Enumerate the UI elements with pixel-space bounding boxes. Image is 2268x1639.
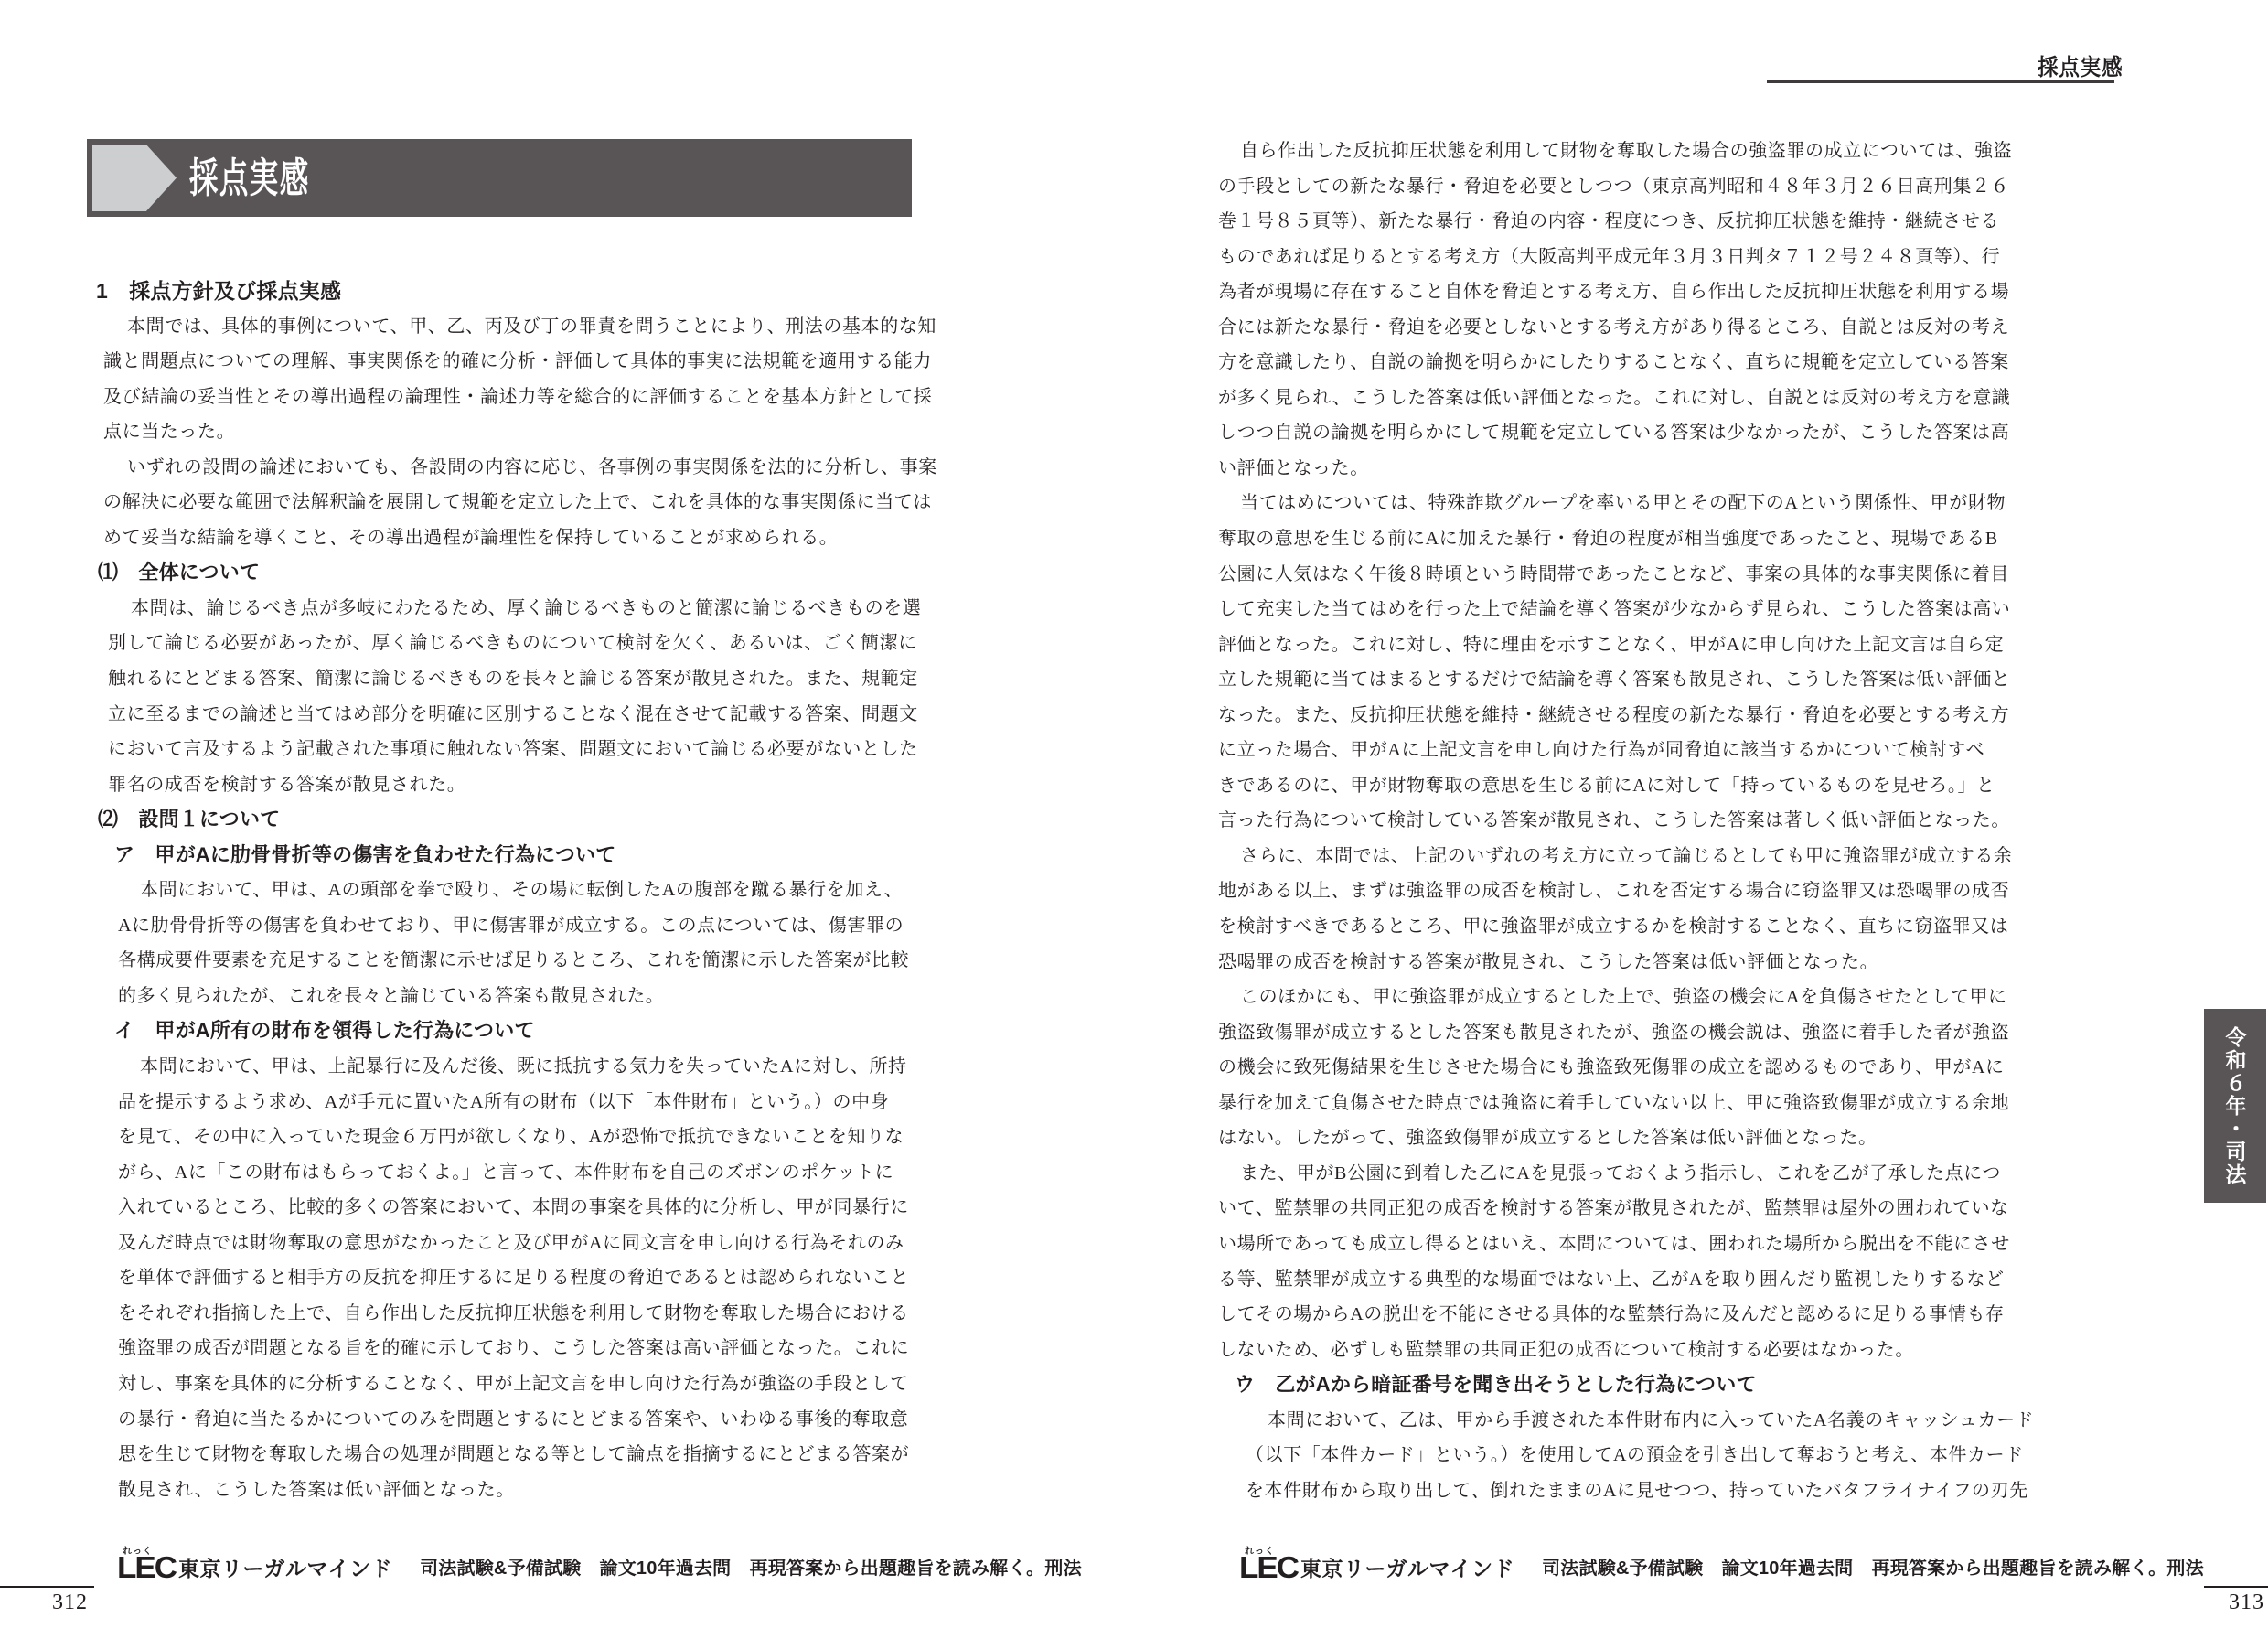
lec-logo: れっく LEC [1239,1546,1298,1582]
heading-line: 1 採点方針及び採点実感 [96,273,954,309]
book-title: 司法試験&予備試験 論文10年過去問 再現答案から出題趣旨を読み解く。刑法 [1542,1556,2204,1582]
text-line: 本問では、具体的事例について、甲、乙、丙及び丁の罪責を問うことにより、刑法の基本… [103,309,954,345]
text-line: の手段としての新たな暴行・脅迫を必要としつつ（東京高判昭和４８年３月２６日高刑集… [1218,169,2078,205]
text-line: 及び結論の妥当性とその導出過程の論理性・論述力等を総合的に評価することを基本方針… [103,380,954,415]
text-line: 触れるにとどまる答案、簡潔に論じるべきものを長々と論じる答案が散見された。また、… [108,661,954,697]
text-line: ものであれば足りるとする考え方（大阪高判平成元年３月３日判タ７１２号２４８頁等）… [1218,240,2078,275]
text-line: 奪取の意思を生じる前にAに加えた暴行・脅迫の程度が相当強度であったこと、現場であ… [1218,521,2078,557]
text-line: をそれぞれ指摘した上で、自ら作出した反抗抑圧状態を利用して財物を奪取した場合にお… [118,1296,954,1332]
page-number-right: 313 [2229,1591,2264,1615]
text-line: 立した規範に当てはまるとするだけで結論を導く答案も散見され、こうした答案は低い評… [1218,662,2078,698]
text-line: の解決に必要な範囲で法解釈論を展開して規範を定立した上で、これを具体的な事実関係… [103,485,954,520]
text-line: 本問において、甲は、Aの頭部を拳で殴り、その場に転倒したAの腹部を蹴る暴行を加え… [118,873,954,908]
text-line: の機会に致死傷結果を生じさせた場合にも強盗致死傷罪の成立を認めるものであり、甲が… [1218,1050,2078,1086]
text-line: してその場からAの脱出を不能にさせる具体的な監禁行為に及んだと認めるに足りる事情… [1218,1297,2078,1333]
text-line: い場所であっても成立し得るとはいえ、本問については、囲われた場所から脱出を不能に… [1218,1227,2078,1262]
text-line: さらに、本問では、上記のいずれの考え方に立って論じるとしても甲に強盗罪が成立する… [1218,839,2078,874]
text-line: を見て、その中に入っていた現金６万円が欲しくなり、Aが恐怖で抵抗できないことを知… [118,1119,954,1155]
text-line: の暴行・脅迫に当たるかについてのみを問題とするにとどまる答案や、いわゆる事後的奪… [118,1402,954,1438]
text-line: また、甲がB公園に到着した乙にAを見張っておくよう指示し、これを乙が了承した点に… [1218,1156,2078,1192]
text-line: いて、監禁罪の共同正犯の成否を検討する答案が散見されたが、監禁罪は屋外の囲われて… [1218,1191,2078,1227]
running-head-title: 採点実感 [2038,49,2124,82]
text-line: 思を生じて財物を奪取した場合の処理が問題となる等として論点を指摘するにとどまる答… [118,1437,954,1473]
running-head-rule [1767,80,2114,83]
text-line: 本問において、乙は、甲から手渡された本件財布内に入っていたA名義のキャッシュカー… [1246,1403,2078,1439]
text-line: において言及するよう記載された事項に触れない答案、問題文において論じる必要がない… [108,732,954,767]
text-line: 本問において、甲は、上記暴行に及んだ後、既に抵抗する気力を失っていたAに対し、所… [118,1049,954,1085]
text-line: い評価となった。 [1218,451,2078,487]
text-line: を単体で評価すると相手方の反抗を抑圧するに足りる程度の脅迫であるとは認められない… [118,1260,954,1296]
text-line: 合には新たな暴行・脅迫を必要としないとする考え方があり得るところ、自説とは反対の… [1218,310,2078,346]
heading-line: ⑴ 全体について [98,555,954,591]
page-number-rule [0,1586,94,1588]
text-line: 自ら作出した反抗抑圧状態を利用して財物を奪取した場合の強盗罪の成立については、強… [1218,134,2078,169]
text-line: 立に至るまでの論述と当てはめ部分を明確に区別することなく混在させて記載する答案、… [108,697,954,733]
section-banner: 採点実感 [87,139,912,217]
text-line: しないため、必ずしも監禁罪の共同正犯の成否について検討する必要はなかった。 [1218,1333,2078,1368]
text-line: 本問は、論じるべき点が多岐にわたるため、厚く論じるべきものと簡潔に論じるべきもの… [108,591,954,627]
text-line: きであるのに、甲が財物奪取の意思を生じる前にAに対して「持っているものを見せろ。… [1218,768,2078,804]
text-line: このほかにも、甲に強盗罪が成立するとした上で、強盗の機会にAを負傷させたとして甲… [1218,980,2078,1015]
text-line: 品を提示するよう求め、Aが手元に置いたA所有の財布（以下「本件財布」という。）の… [118,1085,954,1120]
text-line: めて妥当な結論を導くこと、その導出過程が論理性を保持していることが求められる。 [103,520,954,556]
lec-wordmark: LEC [1239,1555,1298,1580]
text-line: 地がある以上、まずは強盗罪の成否を検討し、これを否定する場合に窃盗罪又は恐喝罪の… [1218,873,2078,909]
heading-line: ア 甲がAに肋骨骨折等の傷害を負わせた行為について [114,838,954,873]
text-line: 評価となった。これに対し、特に理由を示すことなく、甲がAに申し向けた上記文言は自… [1218,627,2078,663]
text-line: 暴行を加えて負傷させた時点では強盗に着手していない以上、甲に強盗致傷罪が成立する… [1218,1086,2078,1121]
text-line: がら、Aに「この財布はもらっておくよ。」と言って、本件財布を自己のズボンのポケッ… [118,1155,954,1191]
text-line: 点に当たった。 [103,414,954,450]
text-line: して充実した当てはめを行った上で結論を導く答案が少なからず見られ、こうした答案は… [1218,592,2078,627]
text-line: いずれの設問の論述においても、各設問の内容に応じ、各事例の事実関係を法的に分析し… [103,450,954,486]
text-line: 散見され、こうした答案は低い評価となった。 [118,1473,954,1508]
text-line: 恐喝罪の成否を検討する答案が散見され、こうした答案は低い評価となった。 [1218,945,2078,980]
text-line: 公園に人気はなく午後８時頃という時間帯であったことなど、事案の具体的な事実関係に… [1218,557,2078,593]
text-line: に立った場合、甲がAに上記文言を申し向けた行為が同脅迫に該当するかについて検討す… [1218,733,2078,768]
text-line: 対し、事案を具体的に分析することなく、甲が上記文言を申し向けた行為が強盗の手段と… [118,1366,954,1402]
right-page-text-column: 自ら作出した反抗抑圧状態を利用して財物を奪取した場合の強盗罪の成立については、強… [1218,134,2078,1508]
text-line: 及んだ時点では財物奪取の意思がなかったこと及び甲がAに同文言を申し向ける行為それ… [118,1226,954,1261]
lec-logo: れっく LEC [117,1546,176,1582]
text-line: 別して論じる必要があったが、厚く論じるべきものについて検討を欠く、あるいは、ごく… [108,626,954,661]
publisher-name: 東京リーガルマインド [1300,1555,1514,1582]
text-line: なった。また、反抗抑圧状態を維持・継続させる程度の新たな暴行・脅迫を必要とする考… [1218,698,2078,734]
text-line: を検討すべきであるところ、甲に強盗罪が成立するかを検討することなく、直ちに窃盗罪… [1218,909,2078,945]
text-line: を本件財布から取り出して、倒れたままのAに見せつつ、持っていたバタフライナイフの… [1246,1473,2078,1509]
text-line: 方を意識したり、自説の論拠を明らかにしたりすることなく、直ちに規範を定立している… [1218,345,2078,380]
text-line: る等、監禁罪が成立する典型的な場面ではない上、乙がAを取り囲んだり監視したりする… [1218,1262,2078,1298]
heading-line: ウ 乙がAから暗証番号を聞き出そうとした行為について [1235,1367,2078,1403]
text-line: 言った行為について検討している答案が散見され、こうした答案は著しく低い評価となっ… [1218,803,2078,839]
text-line: 為者が現場に存在すること自体を脅迫とする考え方、自ら作出した反抗抑圧状態を利用す… [1218,274,2078,310]
text-line: 各構成要件要素を充足することを簡潔に示せば足りるところ、これを簡潔に示した答案が… [118,943,954,979]
text-line: 当てはめについては、特殊詐欺グループを率いる甲とその配下のAという関係性、甲が財… [1218,486,2078,521]
text-line: 強盗罪の成否が問題となる旨を的確に示しており、こうした答案は高い評価となった。こ… [118,1331,954,1366]
era-side-tab: 令和６年・司法 [2204,1009,2266,1203]
banner-arrow-icon [92,145,177,211]
left-page-footer: れっく LEC 東京リーガルマインド 司法試験&予備試験 論文10年過去問 再現… [117,1548,1082,1582]
book-title: 司法試験&予備試験 論文10年過去問 再現答案から出題趣旨を読み解く。刑法 [420,1556,1082,1582]
text-line: 入れているところ、比較的多くの答案において、本問の事案を具体的に分析し、甲が同暴… [118,1190,954,1226]
text-line: 罪名の成否を検討する答案が散見された。 [108,767,954,803]
text-line: しつつ自説の論拠を明らかにして規範を定立している答案は少なかったが、こうした答案… [1218,415,2078,451]
text-line: Aに肋骨骨折等の傷害を負わせており、甲に傷害罪が成立する。この点については、傷害… [118,908,954,944]
banner-title: 採点実感 [189,139,310,217]
lec-wordmark: LEC [117,1555,176,1580]
text-line: 識と問題点についての理解、事実関係を的確に分析・評価して具体的事実に法規範を適用… [103,344,954,380]
era-side-tab-label: 令和６年・司法 [2220,1026,2251,1186]
text-line: （以下「本件カード」という。）を使用してAの預金を引き出して奪おうと考え、本件カ… [1246,1438,2078,1473]
page-number-left: 312 [52,1591,88,1615]
heading-line: イ 甲がA所有の財布を領得した行為について [114,1013,954,1049]
text-line: 強盗致傷罪が成立するとした答案も散見されたが、強盗の機会説は、強盗に着手した者が… [1218,1015,2078,1051]
text-line: はない。したがって、強盗致傷罪が成立するとした答案は低い評価となった。 [1218,1120,2078,1156]
text-line: 巻１号８５頁等）、新たな暴行・脅迫の内容・程度につき、反抗抑圧状態を維持・継続さ… [1218,204,2078,240]
left-page-text-column: 1 採点方針及び採点実感本問では、具体的事例について、甲、乙、丙及び丁の罪責を問… [87,273,954,1507]
heading-line: ⑵ 設問１について [98,802,954,838]
page-number-rule [2204,1586,2268,1588]
text-line: 的多く見られたが、これを長々と論じている答案も散見された。 [118,979,954,1014]
right-page-footer: れっく LEC 東京リーガルマインド 司法試験&予備試験 論文10年過去問 再現… [1239,1548,2204,1582]
publisher-name: 東京リーガルマインド [178,1555,392,1582]
text-line: が多く見られ、こうした答案は低い評価となった。これに対し、自説とは反対の考え方を… [1218,380,2078,416]
